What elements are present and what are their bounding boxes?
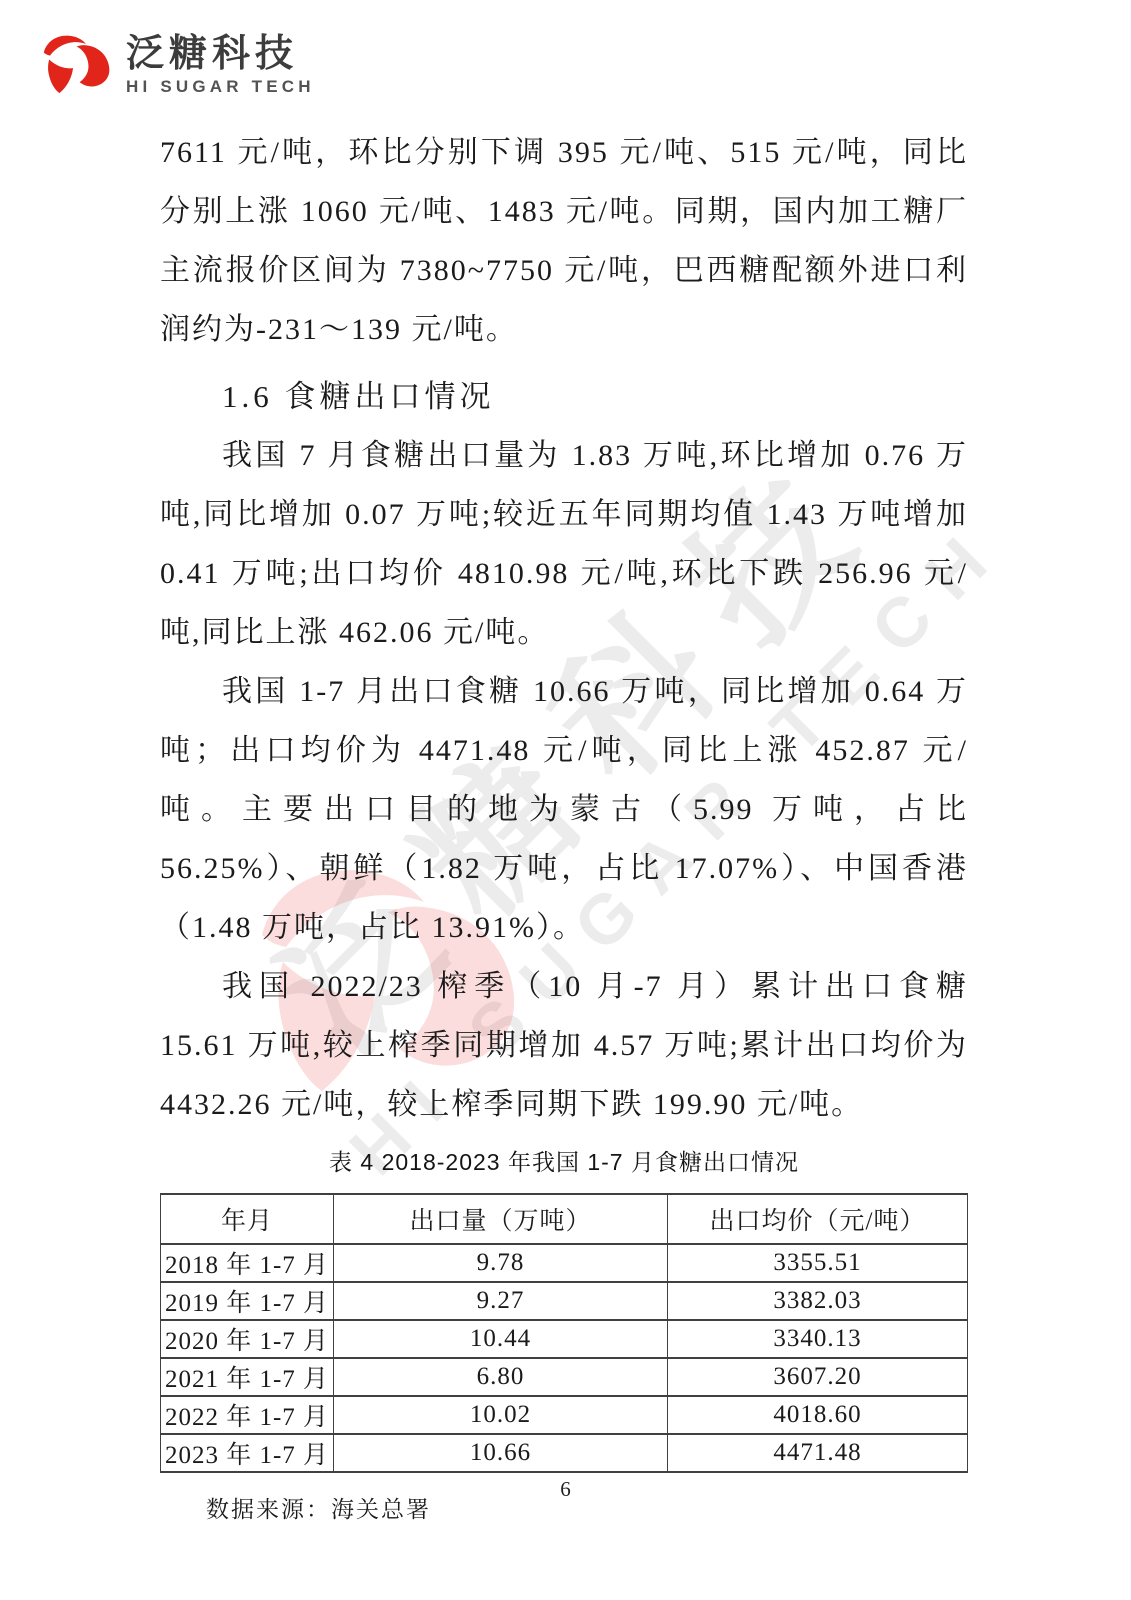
logo-en-name: HI SUGAR TECH <box>126 78 315 95</box>
cell-volume: 10.02 <box>334 1396 668 1434</box>
cell-month: 2018 年 1-7 月 <box>161 1244 334 1282</box>
table-row: 2020 年 1-7 月 10.44 3340.13 <box>161 1320 968 1358</box>
document-body: 7611 元/吨，环比分别下调 395 元/吨、515 元/吨，同比分别上涨 1… <box>160 123 968 1524</box>
header-cell-price: 出口均价（元/吨） <box>668 1194 968 1244</box>
body-paragraph-2: 我国 7 月食糖出口量为 1.83 万吨,环比增加 0.76 万吨,同比增加 0… <box>160 426 968 662</box>
cell-price: 3355.51 <box>668 1244 968 1282</box>
cell-month: 2022 年 1-7 月 <box>161 1396 334 1434</box>
cell-price: 3340.13 <box>668 1320 968 1358</box>
table-row: 2023 年 1-7 月 10.66 4471.48 <box>161 1434 968 1472</box>
cell-price: 4471.48 <box>668 1434 968 1472</box>
table-row: 2019 年 1-7 月 9.27 3382.03 <box>161 1282 968 1320</box>
cell-volume: 6.80 <box>334 1358 668 1396</box>
body-paragraph-1: 7611 元/吨，环比分别下调 395 元/吨、515 元/吨，同比分别上涨 1… <box>160 123 968 359</box>
cell-month: 2019 年 1-7 月 <box>161 1282 334 1320</box>
cell-price: 3382.03 <box>668 1282 968 1320</box>
table-caption: 表 4 2018-2023 年我国 1-7 月食糖出口情况 <box>160 1144 968 1177</box>
cell-volume: 10.44 <box>334 1320 668 1358</box>
cell-volume: 9.27 <box>334 1282 668 1320</box>
cell-volume: 9.78 <box>334 1244 668 1282</box>
logo-cn-name: 泛糖科技 <box>126 35 315 73</box>
body-paragraph-4: 我国 2022/23 榨季（10 月-7 月）累计出口食糖 15.61 万吨,较… <box>160 957 968 1134</box>
document-page: 泛糖科技 HI SUGAR TECH 泛糖科技 HI SUGAR TECH 76… <box>0 0 1131 1600</box>
cell-month: 2020 年 1-7 月 <box>161 1320 334 1358</box>
table-header-row: 年月 出口量（万吨） 出口均价（元/吨） <box>161 1194 968 1244</box>
hi-sugar-swirl-icon <box>36 26 114 104</box>
header-cell-month: 年月 <box>161 1194 334 1244</box>
table-row: 2021 年 1-7 月 6.80 3607.20 <box>161 1358 968 1396</box>
table-row: 2018 年 1-7 月 9.78 3355.51 <box>161 1244 968 1282</box>
cell-price: 4018.60 <box>668 1396 968 1434</box>
body-paragraph-3: 我国 1-7 月出口食糖 10.66 万吨，同比增加 0.64 万吨；出口均价为… <box>160 662 968 957</box>
page-number: 6 <box>0 1477 1131 1502</box>
cell-month: 2023 年 1-7 月 <box>161 1434 334 1472</box>
sugar-export-table: 年月 出口量（万吨） 出口均价（元/吨） 2018 年 1-7 月 9.78 3… <box>160 1193 968 1473</box>
table-row: 2022 年 1-7 月 10.02 4018.60 <box>161 1396 968 1434</box>
cell-volume: 10.66 <box>334 1434 668 1472</box>
cell-month: 2021 年 1-7 月 <box>161 1358 334 1396</box>
section-heading-1-6: 1.6 食糖出口情况 <box>160 367 968 426</box>
cell-price: 3607.20 <box>668 1358 968 1396</box>
logo-text: 泛糖科技 HI SUGAR TECH <box>126 35 315 95</box>
company-logo: 泛糖科技 HI SUGAR TECH <box>36 26 315 104</box>
header-cell-volume: 出口量（万吨） <box>334 1194 668 1244</box>
